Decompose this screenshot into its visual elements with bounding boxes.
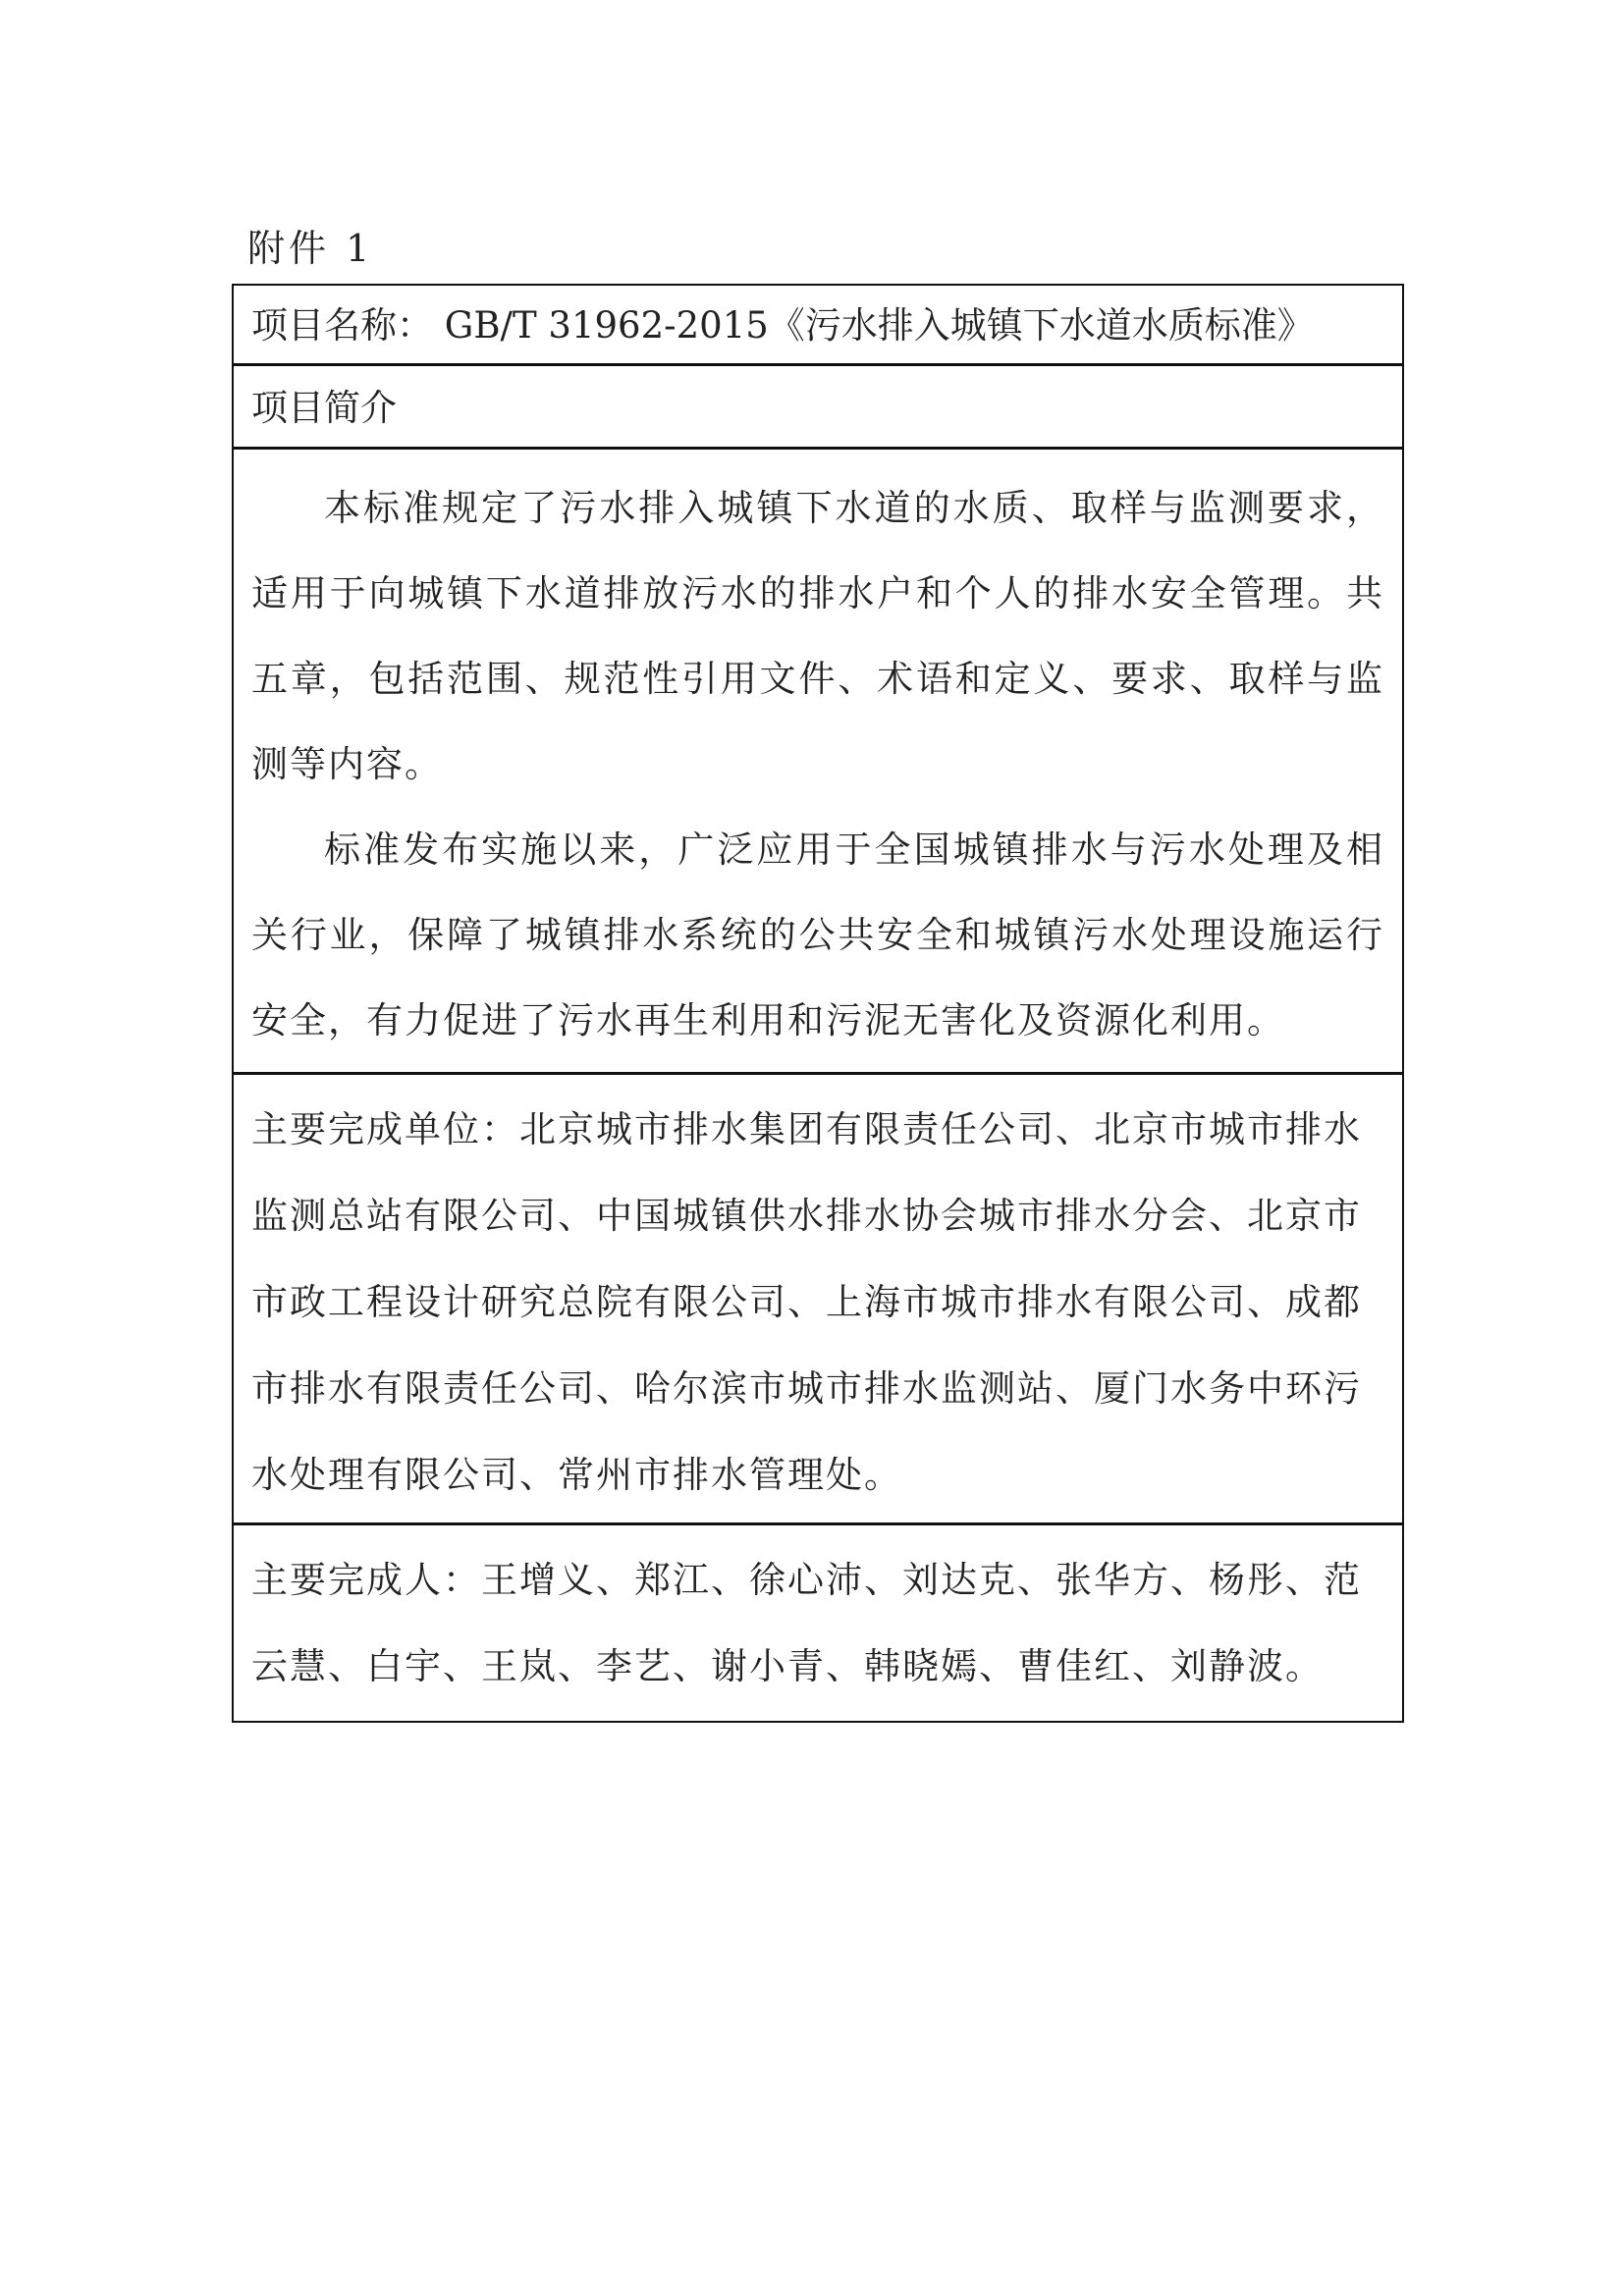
project-table: 项目名称： GB/T 31962-2015《污水排入城镇下水道水质标准》 项目简… (232, 284, 1404, 1723)
units-label: 主要完成单位： (251, 1108, 519, 1150)
attachment-label: 附件 1 (247, 218, 373, 272)
project-name-label: 项目名称： (251, 304, 433, 347)
units-value: 北京城市排水集团有限责任公司、北京市城市排水监测总站有限公司、中国城镇供水排水协… (251, 1108, 1362, 1496)
intro-paragraph: 标准发布实施以来，广泛应用于全国城镇排水与污水处理及相关行业，保障了城镇排水系统… (251, 807, 1384, 1063)
project-name-value: GB/T 31962-2015《污水排入城镇下水道水质标准》 (433, 304, 1314, 347)
people-row: 主要完成人：王增义、郑江、徐心沛、刘达克、张华方、杨彤、范云慧、白宇、王岚、李艺… (234, 1525, 1402, 1721)
people-label: 主要完成人： (251, 1559, 481, 1601)
intro-heading: 项目简介 (234, 366, 1402, 450)
intro-body: 本标准规定了污水排入城镇下水道的水质、取样与监测要求，适用于向城镇下水道排放污水… (234, 450, 1402, 1075)
project-name-row: 项目名称： GB/T 31962-2015《污水排入城镇下水道水质标准》 (234, 286, 1402, 366)
units-row: 主要完成单位：北京城市排水集团有限责任公司、北京市城市排水监测总站有限公司、中国… (234, 1075, 1402, 1525)
intro-paragraph: 本标准规定了污水排入城镇下水道的水质、取样与监测要求，适用于向城镇下水道排放污水… (251, 465, 1384, 807)
